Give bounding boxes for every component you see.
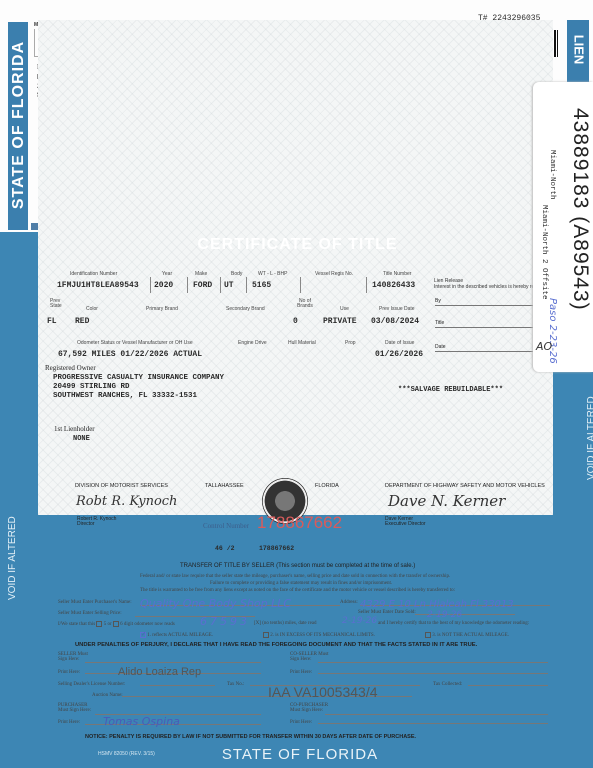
option-label: 2. is IN EXCESS OF ITS MECHANICAL LIMITS…: [270, 633, 375, 638]
certificate-title: CERTIFICATE OF TITLE: [190, 236, 405, 256]
cert-label-engine: Engine Drive: [238, 340, 267, 346]
by-label: By: [435, 298, 441, 304]
purchaser-print-value: Tomas Ospina: [103, 715, 180, 728]
odometer-statement: I/We state that this 5 or 6 digit odomet…: [58, 621, 175, 627]
transfer-heading: TRANSFER OF TITLE BY SELLER (This sectio…: [180, 563, 415, 569]
tenths-mark: X: [256, 621, 260, 626]
executive-info: Dave Kerner Executive Director: [385, 517, 426, 527]
option-actual-mileage[interactable]: ✓ 1. reflects ACTUAL MILEAGE.: [140, 632, 213, 638]
cert-label-primary-brand: Primary Brand: [146, 306, 178, 312]
state-of-florida-footer: STATE OF FLORIDA: [160, 746, 440, 763]
coseller-signature-field[interactable]: [318, 655, 548, 663]
not-actual-checkbox[interactable]: [425, 632, 431, 638]
department-label: DEPARTMENT OF HIGHWAY SAFETY AND MOTOR V…: [385, 483, 545, 489]
cert-label-vessel: Vessel Regis No.: [315, 271, 353, 277]
tenths-text: (no tenths) miles, date read: [262, 621, 316, 626]
city-label: TALLAHASSEE: [205, 483, 244, 489]
dealer-license-field[interactable]: [140, 678, 215, 686]
six-digit-text: 6 digit odometer now reads: [120, 622, 175, 627]
division-label: DIVISION OF MOTORIST SERVICES: [75, 483, 168, 489]
lienholder-label: 1st Lienholder: [54, 425, 95, 433]
executive-signature: Dave N. Kerner: [388, 492, 505, 510]
coseller-print-field[interactable]: [318, 666, 548, 674]
cert-label-id: Identification Number: [70, 271, 117, 277]
cert-label-odometer: Odometer Status or Vessel Manufacturer o…: [77, 340, 193, 346]
owner-line: PROGRESSIVE CASUALTY INSURANCE COMPANY: [53, 374, 224, 383]
divider: [187, 277, 188, 293]
transfer-law-1: Federal and/ or state law require that t…: [140, 574, 450, 579]
seller-print-label: Print Here:: [58, 670, 80, 675]
cert-registered-owner-label: Registered Owner: [45, 364, 96, 372]
purchaser-print-label: Print Here:: [58, 720, 80, 725]
cert-lien-date[interactable]: Date: [435, 344, 533, 352]
sticker-location-2: Miami-North 2 Offsite: [540, 205, 548, 300]
certificate-body: [38, 20, 553, 515]
date-label: Date: [435, 344, 446, 350]
penalty-notice: NOTICE: PENALTY IS REQUIRED BY LAW IF NO…: [85, 734, 416, 740]
cert-title-number: 140826433: [372, 281, 415, 290]
date-sold-field[interactable]: 2-19-26: [415, 604, 515, 615]
auction-number-value: IAA VA1005343/4: [268, 684, 378, 700]
cert-owner-address: PROGRESSIVE CASUALTY INSURANCE COMPANY 2…: [53, 374, 224, 401]
tax-collected-label: Tax Collected:: [433, 682, 462, 687]
cert-lien-release-text: Interest in the described vehicles is he…: [434, 284, 549, 290]
option-not-actual[interactable]: 3. is NOT THE ACTUAL MILEAGE.: [425, 632, 509, 638]
option-excess-limits[interactable]: 2. is IN EXCESS OF ITS MECHANICAL LIMITS…: [263, 632, 375, 638]
sticker-stock-number: 43889183 (A89543): [568, 108, 592, 311]
cert-label-prev-issue: Prev Issue Date: [379, 306, 415, 312]
copurchaser-print-field[interactable]: [318, 716, 548, 724]
cert-label-date-issue: Date of Issue: [385, 340, 414, 346]
seller-print-field[interactable]: Alido Loaiza Rep: [85, 662, 261, 674]
tax-no-label: Tax No.:: [227, 682, 244, 687]
cert-body: UT: [224, 281, 234, 290]
cert-label-body: Body: [231, 271, 242, 277]
divider: [246, 277, 247, 293]
cert-label-secondary-brand: Secondary Brand: [226, 306, 265, 312]
transfer-law-3: The title is warranted to be free from a…: [140, 588, 455, 593]
actual-mileage-checkbox[interactable]: ✓: [140, 632, 146, 638]
purchaser-label: Seller Must Enter Purchaser's Name:: [58, 600, 132, 605]
cert-label-wt: WT - L - BHP: [258, 271, 287, 277]
tenths-box: [X] (no tenths) miles, date read: [254, 621, 317, 626]
date-read-value[interactable]: 2-19-26: [342, 616, 377, 626]
title-label: Title: [435, 320, 444, 326]
auction-name-label: Auction Name:: [92, 693, 123, 698]
cert-use: PRIVATE: [323, 317, 357, 326]
transfer-law-2: Failure to complete or providing a false…: [210, 581, 392, 586]
divider: [366, 277, 367, 293]
divider: [220, 277, 221, 293]
registration-mark: [31, 223, 38, 230]
sticker-initials: AO: [536, 340, 552, 353]
cert-lien-by[interactable]: By: [435, 298, 533, 306]
tax-collected-field[interactable]: [468, 678, 548, 686]
cert-prev-state: FL: [47, 317, 57, 326]
void-if-altered-left: VOID IF ALTERED: [7, 516, 18, 600]
option-label: 3. is NOT THE ACTUAL MILEAGE.: [432, 633, 509, 638]
excess-limits-checkbox[interactable]: [263, 632, 269, 638]
cert-label-year: Year: [162, 271, 172, 277]
cert-lien-title[interactable]: Title: [435, 320, 533, 328]
cert-label-prop: Prop: [345, 340, 356, 346]
odo-statement-text: I/We state that this: [58, 622, 95, 627]
control-number-label: Control Number: [203, 522, 249, 530]
owner-line: SOUTHWEST RANCHES, FL 33332-1531: [53, 392, 224, 401]
cert-color: RED: [75, 317, 89, 326]
cert-year: 2020: [154, 281, 173, 290]
cert-label-title-number: Title Number: [383, 271, 411, 277]
copurchaser-print-label: Print Here:: [290, 720, 312, 725]
batch-number: 46 /2: [215, 545, 235, 552]
copurchaser-signature-field[interactable]: [325, 707, 548, 715]
divider: [300, 277, 301, 293]
date-sold-label: Seller Must Enter Date Sold:: [358, 610, 416, 615]
director-signature: Robt R. Kynoch: [76, 494, 177, 509]
cert-label-prev-state: Prev State: [50, 299, 64, 309]
purchaser-print-field[interactable]: Tomas Ospina: [85, 712, 261, 725]
purchaser-name-field[interactable]: Quality One Body Shop LLC: [140, 594, 340, 606]
six-digit-checkbox[interactable]: [113, 621, 119, 627]
perjury-statement: UNDER PENALTIES OF PERJURY, I DECLARE TH…: [75, 642, 477, 648]
five-digit-checkbox[interactable]: [96, 621, 102, 627]
owner-line: 20499 STIRLING RD: [53, 383, 224, 392]
lien-band-text: LIEN: [572, 30, 587, 70]
form-number: HSMV 82050 (REV. 3/15): [98, 751, 155, 757]
five-or-text: 5 or: [104, 622, 112, 627]
cert-label-color: Color: [86, 306, 98, 312]
date-sold-value: 2-19-26: [427, 610, 462, 620]
void-if-altered-right: VOID IF ALTERED: [586, 396, 593, 480]
certify-text: and I hereby certify that to the best of…: [378, 621, 529, 626]
address-label: Address:: [340, 600, 358, 605]
dealer-license-label: Selling Dealer's License Number:: [58, 682, 125, 687]
odometer-reading-value[interactable]: 67593: [200, 615, 250, 628]
cert-make: FORD: [193, 281, 212, 290]
cert-label-hull: Hull Material: [288, 340, 316, 346]
coseller-print-label: Print Here:: [290, 670, 312, 675]
cert-no-brands: 0: [293, 317, 298, 326]
price-label: Seller Must Enter Selling Price:: [58, 611, 122, 616]
seller-print-value: Alido Loaiza Rep: [118, 666, 201, 678]
state-label: FLORIDA: [315, 483, 339, 489]
cert-label-make: Make: [195, 271, 207, 277]
cert-vin: 1FMJU1HT8LEA89543: [57, 281, 139, 290]
state-band-text: STATE OF FLORIDA: [10, 20, 30, 230]
cert-date-issue: 01/26/2026: [375, 350, 423, 359]
director-info: Robert R. Kynoch Director: [77, 517, 116, 527]
sticker-handwritten-note: Paso 2-23-26: [547, 298, 558, 364]
cert-odometer: 67,592 MILES 01/22/2026 ACTUAL: [58, 350, 202, 359]
control-number-small: 178867662: [259, 545, 294, 552]
brand-note: ***SALVAGE REBUILDABLE***: [398, 386, 503, 394]
divider: [150, 277, 151, 293]
control-number: 178867662: [257, 513, 342, 533]
cert-label-use: Use: [340, 306, 349, 312]
sticker-location-1: Miami-North: [548, 150, 556, 200]
option-label: 1. reflects ACTUAL MILEAGE.: [147, 633, 213, 638]
lienholder-value: NONE: [73, 435, 90, 443]
director-title: Director: [77, 522, 116, 527]
cert-prev-issue: 03/08/2024: [371, 317, 419, 326]
cert-wt: 5165: [252, 281, 271, 290]
executive-title: Executive Director: [385, 522, 426, 527]
cert-label-no-brands: No of Brands: [294, 299, 316, 309]
